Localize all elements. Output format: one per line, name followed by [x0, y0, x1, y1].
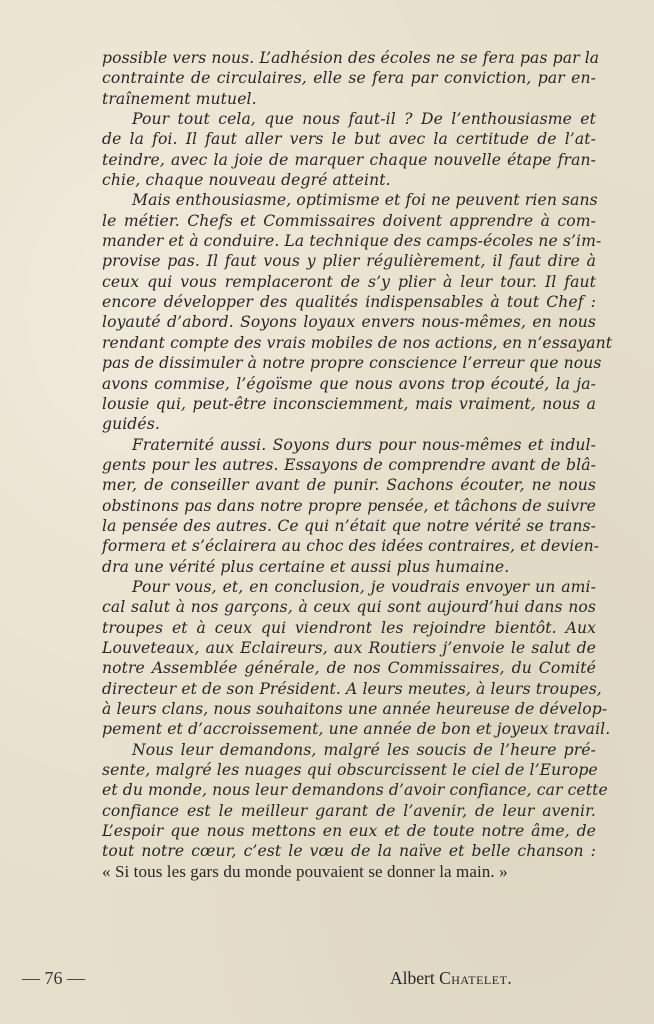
- text-line: contrainte de circulaires, elle se fera …: [102, 68, 596, 88]
- paragraph-first-line: Fraternité aussi. Soyons durs pour nous-…: [102, 435, 596, 455]
- page-footer: — 76 — Albert Chatelet.: [0, 968, 654, 998]
- body-text: possible vers nous. L’adhésion des école…: [102, 48, 596, 882]
- text-line: Louveteaux, aux Eclaireurs, aux Routiers…: [102, 638, 596, 658]
- text-line: teindre, avec la joie de marquer chaque …: [102, 150, 596, 170]
- text-line: provise pas. Il faut vous y plier réguli…: [102, 251, 596, 271]
- text-line: mander et à conduire. La technique des c…: [102, 231, 596, 251]
- text-line: lousie qui, peut-être inconsciemment, ma…: [102, 394, 596, 414]
- text-line: la pensée des autres. Ce qui n’était que…: [102, 516, 596, 536]
- text-line: encore développer des qualités indispens…: [102, 292, 596, 312]
- text-line: confiance est le meilleur garant de l’av…: [102, 801, 596, 821]
- text-line: gents pour les autres. Essayons de compr…: [102, 455, 596, 475]
- text-line: mer, de conseiller avant de punir. Sacho…: [102, 475, 596, 495]
- text-line: avons commise, l’égoïsme que nous avons …: [102, 374, 596, 394]
- text-line: directeur et de son Président. A leurs m…: [102, 679, 596, 699]
- text-line: L’espoir que nous mettons en eux et de t…: [102, 821, 596, 841]
- author-signature: Albert Chatelet.: [390, 968, 512, 989]
- text-line: tout notre cœur, c’est le vœu de la naïv…: [102, 841, 596, 861]
- text-line: formera et s’éclairera au choc des idées…: [102, 536, 596, 556]
- text-line: loyauté d’abord. Soyons loyaux envers no…: [102, 312, 596, 332]
- text-line: cal salut à nos garçons, à ceux qui sont…: [102, 597, 596, 617]
- text-line: chie, chaque nouveau degré atteint.: [102, 170, 596, 190]
- paragraph-first-line: Mais enthousiasme, optimisme et foi ne p…: [102, 190, 596, 210]
- text-line: troupes et à ceux qui viendront les rejo…: [102, 618, 596, 638]
- text-line: rendant compte des vrais mobiles de nos …: [102, 333, 596, 353]
- text-line: pement et d’accroissement, une année de …: [102, 719, 596, 739]
- paragraph-first-line: Pour vous, et, en conclusion, je voudrai…: [102, 577, 596, 597]
- text-line: à leurs clans, nous souhaitons une année…: [102, 699, 596, 719]
- text-line: traînement mutuel.: [102, 89, 596, 109]
- text-line: « Si tous les gars du monde pouvaient se…: [102, 862, 596, 882]
- text-line: dra une vérité plus certaine et aussi pl…: [102, 557, 596, 577]
- book-page: possible vers nous. L’adhésion des école…: [0, 0, 654, 1024]
- text-line: le métier. Chefs et Commissaires doivent…: [102, 211, 596, 231]
- page-number: — 76 —: [22, 968, 85, 989]
- text-line: possible vers nous. L’adhésion des école…: [102, 48, 596, 68]
- author-last-name: Chatelet.: [439, 968, 512, 988]
- text-line: pas de dissimuler à notre propre conscie…: [102, 353, 596, 373]
- text-line: de la foi. Il faut aller vers le but ave…: [102, 129, 596, 149]
- author-first-name: Albert: [390, 968, 439, 988]
- text-line: notre Assemblée générale, de nos Commiss…: [102, 658, 596, 678]
- text-line: et du monde, nous leur demandons d’avoir…: [102, 780, 596, 800]
- text-line: obstinons pas dans notre propre pensée, …: [102, 496, 596, 516]
- text-line: ceux qui vous remplaceront de s’y plier …: [102, 272, 596, 292]
- paragraph-first-line: Pour tout cela, que nous faut-il ? De l’…: [102, 109, 596, 129]
- text-line: sente, malgré les nuages qui obscurcisse…: [102, 760, 596, 780]
- text-line: guidés.: [102, 414, 596, 434]
- paragraph-first-line: Nous leur demandons, malgré les soucis d…: [102, 740, 596, 760]
